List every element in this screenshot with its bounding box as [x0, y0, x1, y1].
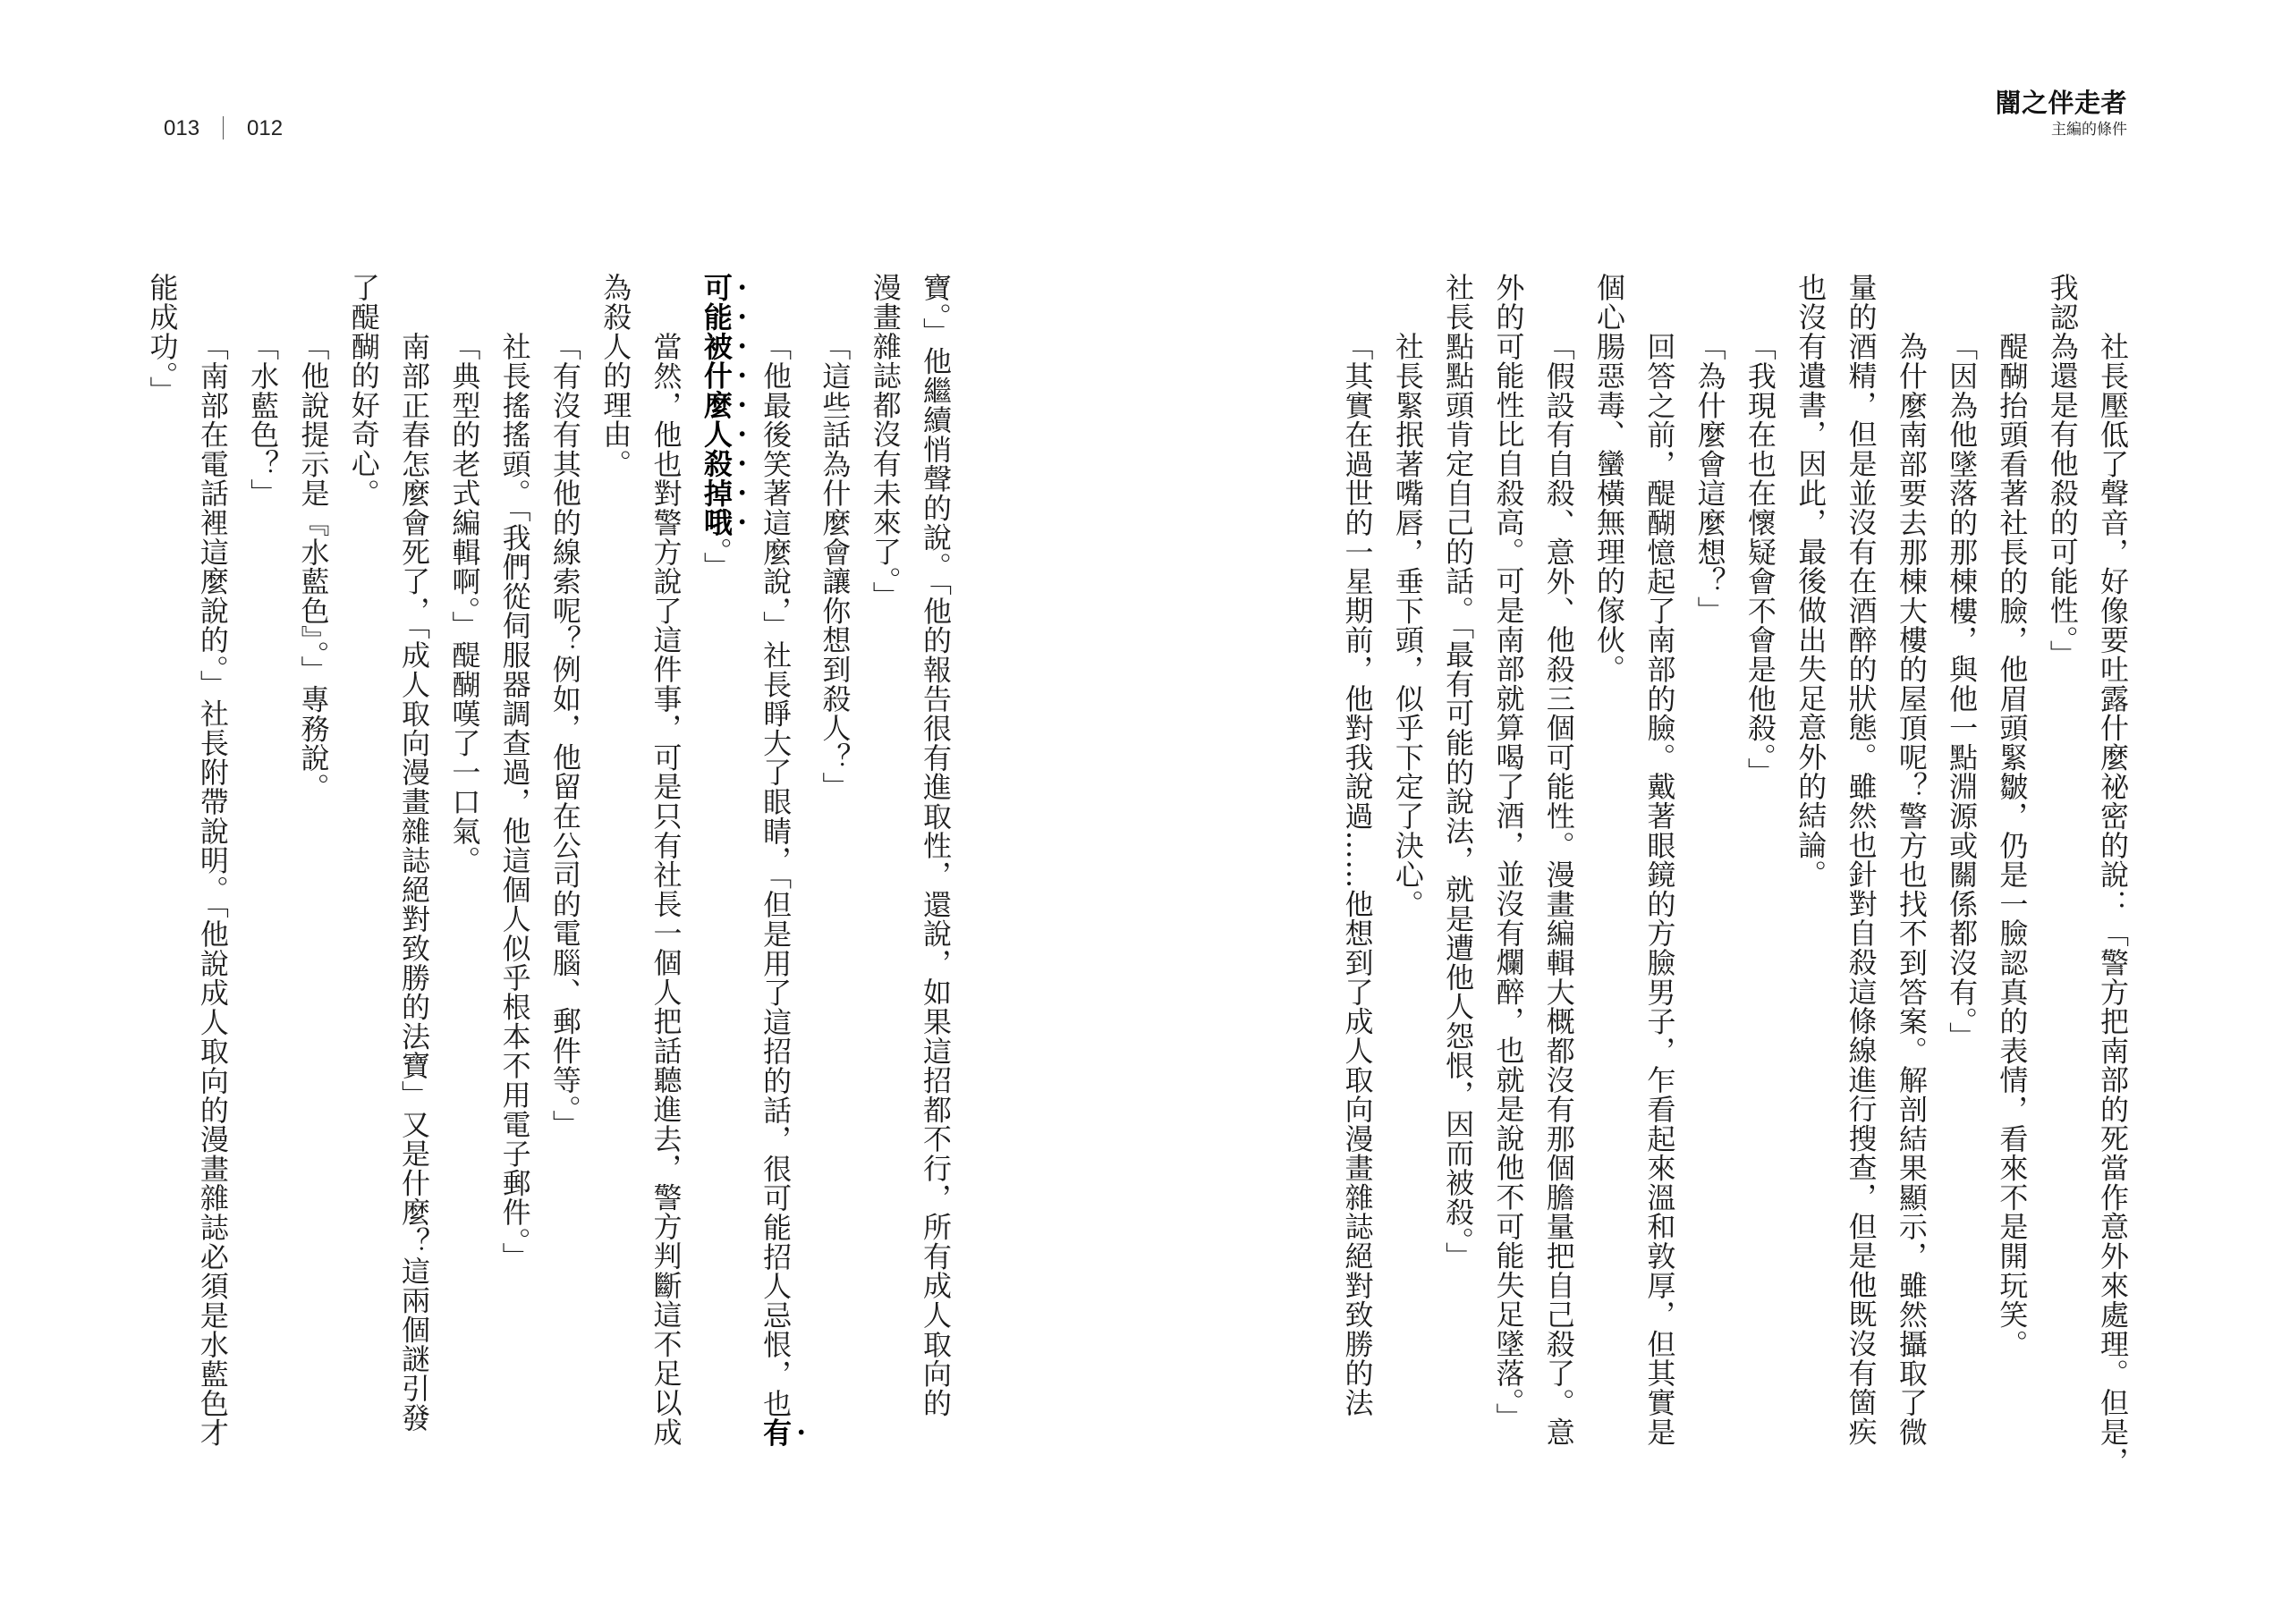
text-column: 量的酒精，但是並沒有在酒醉的狀態。雖然也針對自殺這條線進行搜查，但是他既沒有箇疾 — [1836, 273, 1886, 1453]
text-column: 「他說提示是『水藍色』。」專務說。 — [288, 273, 338, 1453]
text-column: 「我現在也在懷疑會不會是他殺。」 — [1735, 273, 1785, 1453]
text-column: 能成功。」 — [137, 273, 187, 1453]
text-column: 「有沒有其他的線索呢？例如，他留在公司的電腦、郵件等。」 — [540, 273, 590, 1453]
text-column: 社長搖搖頭。「我們從伺服器調查過，他這個人似乎根本不用電子郵件。」 — [489, 273, 539, 1453]
text-column: 「為什麼會這麼想？」 — [1684, 273, 1734, 1453]
text-column: 南部正春怎麼會死了，「成人取向漫畫雜誌絕對致勝的法寶」又是什麼？這兩個謎引發 — [389, 273, 439, 1453]
text-column: 漫畫雜誌都沒有未來了。」 — [860, 273, 910, 1453]
text-column: 社長緊抿著嘴唇，垂下頭，似乎下定了決心。 — [1383, 273, 1433, 1453]
text-column: 回答之前，醍醐憶起了南部的臉。戴著眼鏡的方臉男子，乍看起來溫和敦厚，但其實是 — [1634, 273, 1684, 1453]
text-column: 當然，他也對警方說了這件事，可是只有社長一個人把話聽進去，警方判斷這不足以成 — [640, 273, 691, 1453]
page-numbers: 013012 — [164, 116, 283, 140]
right-page-body: 社長壓低了聲音，好像要吐露什麼祕密的說：「警方把南部的死當作意外來處理。但是， … — [1332, 273, 2138, 1453]
text-column: 我認為還是有他殺的可能性。」 — [2037, 273, 2087, 1453]
text-column: 「水藍色？」 — [238, 273, 288, 1453]
text-column: 社長點點頭肯定自己的話。「最有可能的說法，就是遭他人怨恨，因而被殺。」 — [1433, 273, 1483, 1453]
text-column: 「南部在電話裡這麼說的。」社長附帶說明。「他說成人取向的漫畫雜誌必須是水藍色才 — [188, 273, 238, 1453]
text-column: 「其實在過世的一星期前，他對我說過……他想到了成人取向漫畫雜誌絕對致勝的法 — [1332, 273, 1382, 1453]
emphasized-text: 有 — [759, 1417, 793, 1447]
text-column: 社長壓低了聲音，好像要吐露什麼祕密的說：「警方把南部的死當作意外來處理。但是， — [2088, 273, 2138, 1453]
chapter-title: 主編的條件 — [1995, 121, 2127, 139]
text-column: 「他最後笑著這麼說，」社長睜大了眼睛，「但是用了這招的話，很可能招人忌恨，也有 — [751, 273, 810, 1453]
text-column: 了醍醐的好奇心。 — [338, 273, 388, 1453]
text-column: 個心腸惡毒、蠻橫無理的傢伙。 — [1584, 273, 1634, 1453]
text-column: 醍醐抬頭看著社長的臉，他眉頭緊皺，仍是一臉認真的表情，看來不是開玩笑。 — [1987, 273, 2037, 1453]
text-column: 可能被什麼人殺掉哦。」 — [691, 273, 751, 1453]
running-title: 闇之伴走者 主編的條件 — [1995, 88, 2127, 139]
page-number-right: 012 — [247, 116, 283, 140]
emphasized-text: 可能被什麼人殺掉哦 — [700, 273, 734, 537]
text-column: 「因為他墜落的那棟樓，與他一點淵源或關係都沒有。」 — [1937, 273, 1987, 1453]
left-page-body: 寶。」他繼續悄聲的說。「他的報告很有進取性，還說，如果這招都不行，所有成人取向的… — [155, 273, 961, 1453]
text-column: 也沒有遺書，因此，最後做出失足意外的結論。 — [1785, 273, 1836, 1453]
text-column: 寶。」他繼續悄聲的說。「他的報告很有進取性，還說，如果這招都不行，所有成人取向的 — [911, 273, 961, 1453]
book-title: 闇之伴走者 — [1995, 88, 2127, 118]
column-segment: 。」 — [700, 537, 734, 581]
text-column: 外的可能性比自殺高。可是南部就算喝了酒，並沒有爛醉，也就是說他不可能失足墜落。」 — [1483, 273, 1533, 1453]
page-number-separator — [223, 116, 224, 140]
column-segment: 「他最後笑著這麼說，」社長睜大了眼睛，「但是用了這招的話，很可能招人忌恨，也 — [759, 332, 793, 1417]
text-column: 為殺人的理由。 — [590, 273, 640, 1453]
text-column: 「假設有自殺、意外、他殺三個可能性。漫畫編輯大概都沒有那個膽量把自己殺了。意 — [1533, 273, 1583, 1453]
text-column: 「典型的老式編輯啊。」醍醐嘆了一口氣。 — [439, 273, 489, 1453]
text-column: 「這些話為什麼會讓你想到殺人？」 — [810, 273, 860, 1453]
page-number-left: 013 — [164, 116, 199, 140]
text-column: 為什麼南部要去那棟大樓的屋頂呢？警方也找不到答案。解剖結果顯示，雖然攝取了微 — [1887, 273, 1937, 1453]
